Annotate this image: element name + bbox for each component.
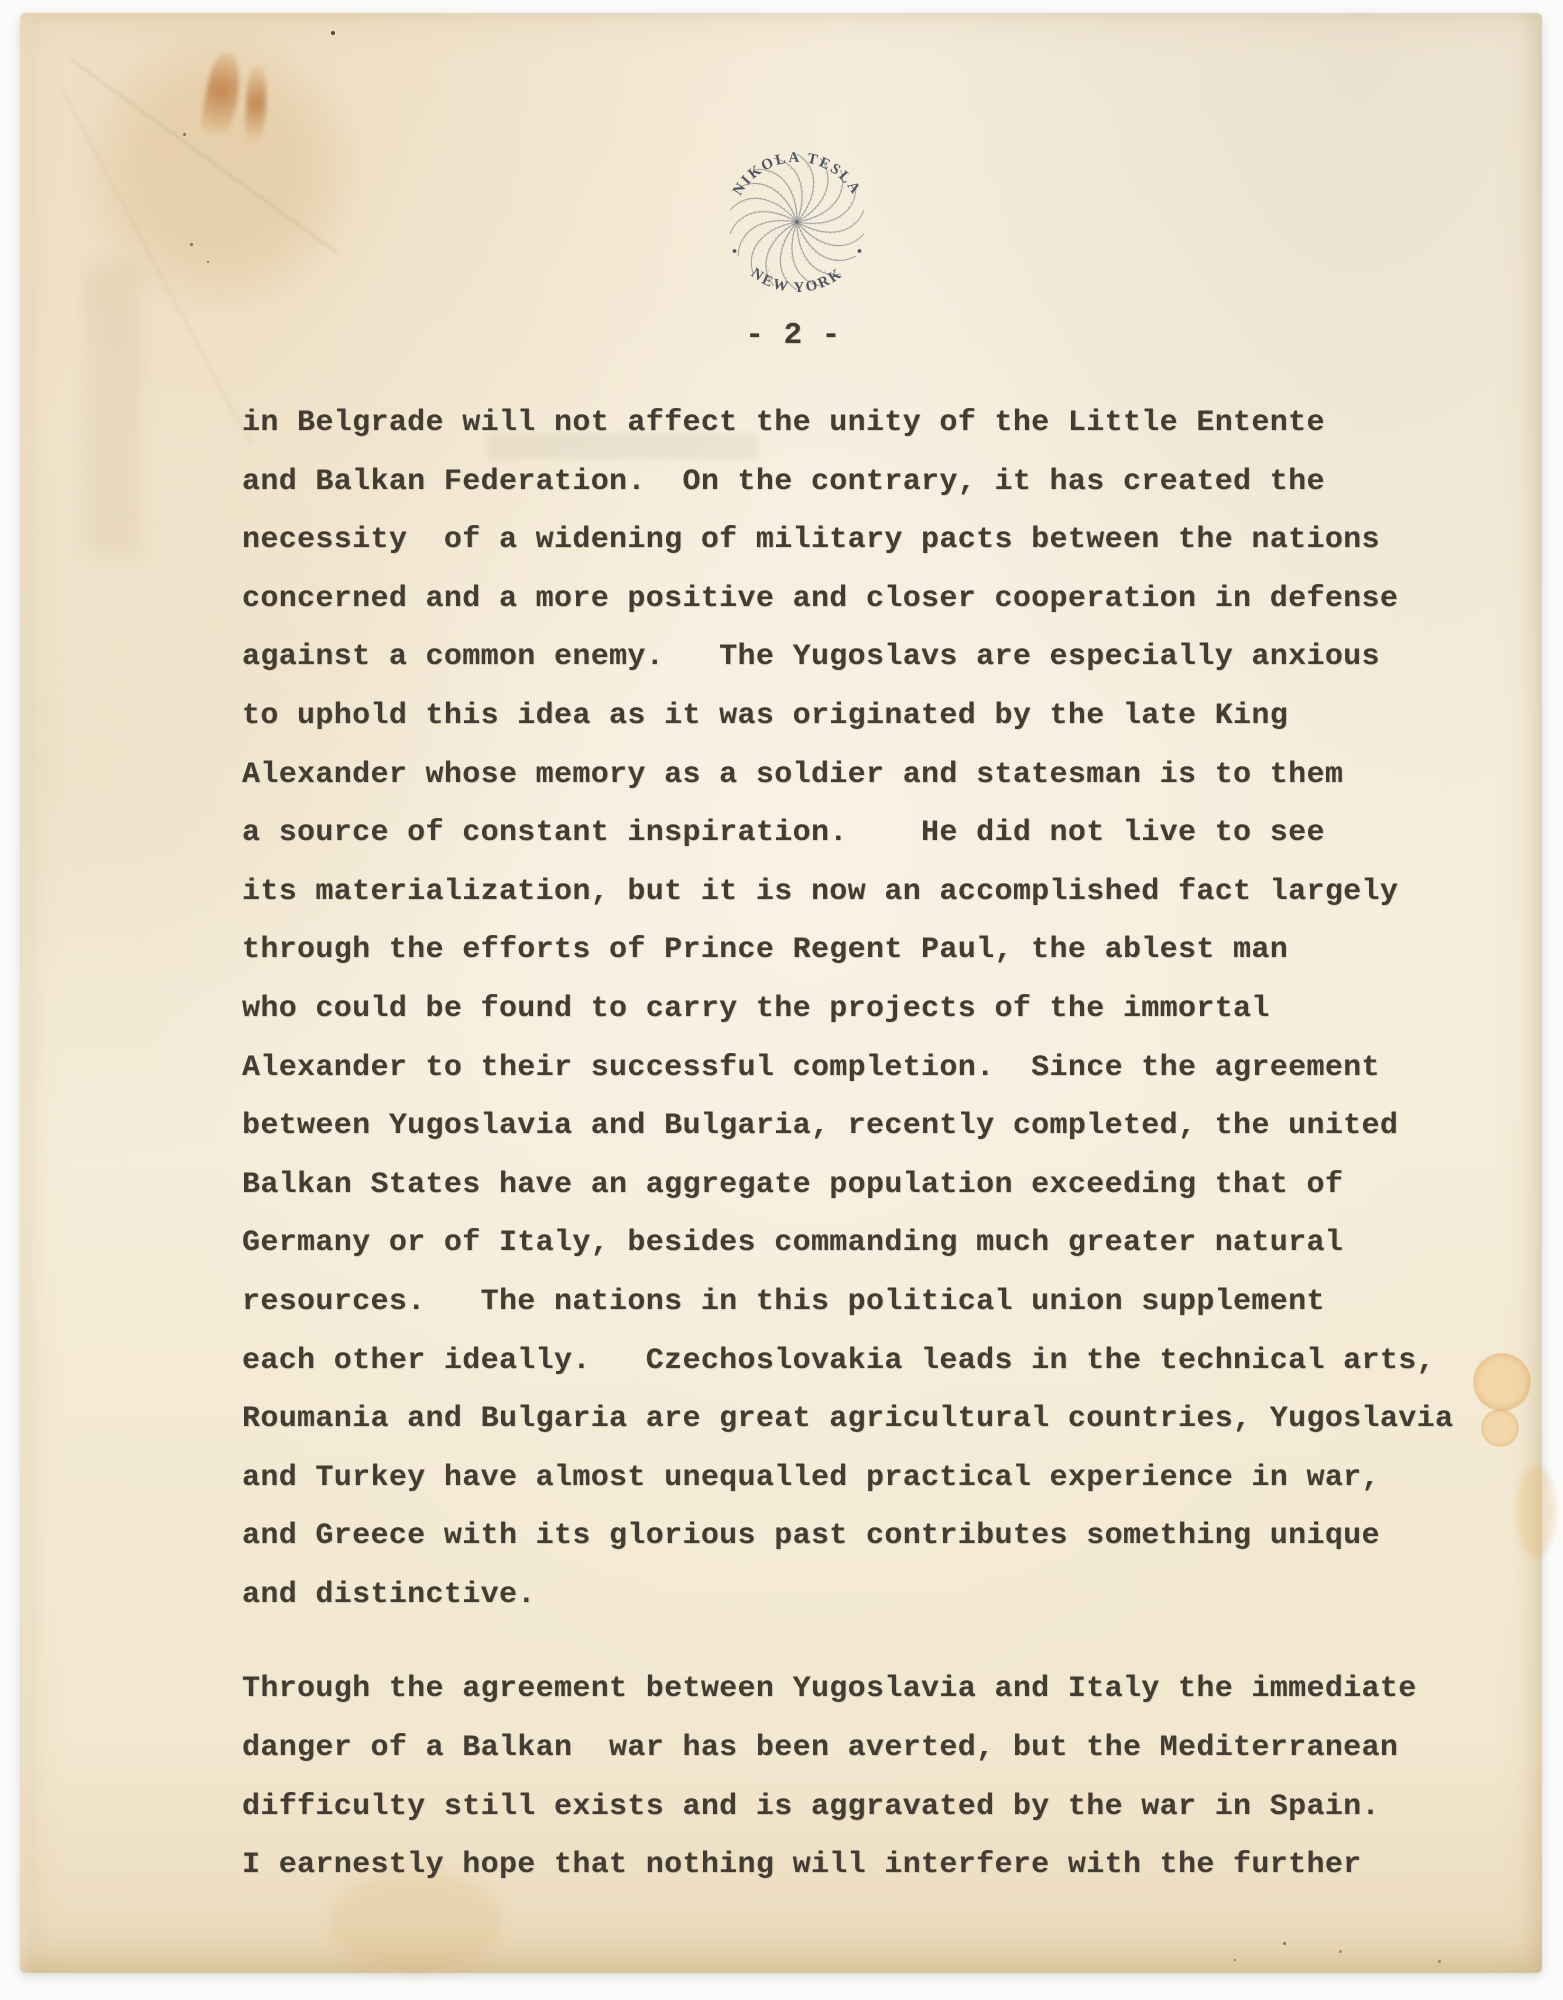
typed-line: and distinctive. [242,1566,1502,1625]
typed-line: who could be found to carry the projects… [242,980,1502,1039]
typed-line: between Yugoslavia and Bulgaria, recentl… [242,1097,1502,1156]
typed-line: Alexander to their successful completion… [242,1039,1502,1098]
foxing-stain [75,33,365,313]
typed-line: difficulty still exists and is aggravate… [242,1778,1502,1837]
typed-line: and Balkan Federation. On the contrary, … [242,453,1502,512]
typed-line: concerned and a more positive and closer… [242,570,1502,629]
paragraph-1: in Belgrade will not affect the unity of… [242,394,1502,1624]
typed-line: a source of constant inspiration. He did… [242,804,1502,863]
paper-speck [1438,1960,1441,1963]
tesla-letterhead-logo: NIKOLA TESLA NEW YORK [717,142,877,302]
typed-line: Through the agreement between Yugoslavia… [242,1660,1502,1719]
typed-line: Roumania and Bulgaria are great agricult… [242,1390,1502,1449]
logo-dot-left [733,249,737,253]
scan-background: NIKOLA TESLA NEW YORK - 2 - in Belgrade … [0,0,1563,2000]
typed-line: each other ideally. Czechoslovakia leads… [242,1332,1502,1391]
typed-line: necessity of a widening of military pact… [242,511,1502,570]
typed-line: danger of a Balkan war has been averted,… [242,1719,1502,1778]
paper-speck [331,31,335,35]
typed-line: against a common enemy. The Yugoslavs ar… [242,628,1502,687]
paper-crease [62,91,252,445]
rust-stain [244,63,269,152]
paper-speck [1339,1950,1342,1953]
paper-speck [207,261,209,263]
paper-speck [1283,1942,1286,1945]
typed-line: and Greece with its glorious past contri… [242,1507,1502,1566]
paper-speck [1234,1959,1236,1961]
paper-speck [190,243,193,246]
typed-line: resources. The nations in this political… [242,1273,1502,1332]
rust-stain [197,51,245,149]
logo-dot-right [858,249,862,253]
typed-line: Germany or of Italy, besides commanding … [242,1214,1502,1273]
logo-center [795,220,799,224]
typed-line: in Belgrade will not affect the unity of… [242,394,1502,453]
typed-line: through the efforts of Prince Regent Pau… [242,921,1502,980]
letter-body: in Belgrade will not affect the unity of… [242,394,1502,1895]
ring-stain [1516,1465,1556,1557]
typed-line: Balkan States have an aggregate populati… [242,1156,1502,1215]
paper-crease [71,59,339,255]
typed-line: and Turkey have almost unequalled practi… [242,1449,1502,1508]
typed-line: I earnestly hope that nothing will inter… [242,1836,1502,1895]
edge-discoloration [86,263,140,553]
typed-line: Alexander whose memory as a soldier and … [242,746,1502,805]
typed-line: its materialization, but it is now an ac… [242,863,1502,922]
typed-line: to uphold this idea as it was originated… [242,687,1502,746]
page-number: - 2 - [20,318,1542,353]
letter-page: NIKOLA TESLA NEW YORK - 2 - in Belgrade … [20,13,1542,1973]
paragraph-2: Through the agreement between Yugoslavia… [242,1660,1502,1894]
paper-speck [183,133,186,136]
